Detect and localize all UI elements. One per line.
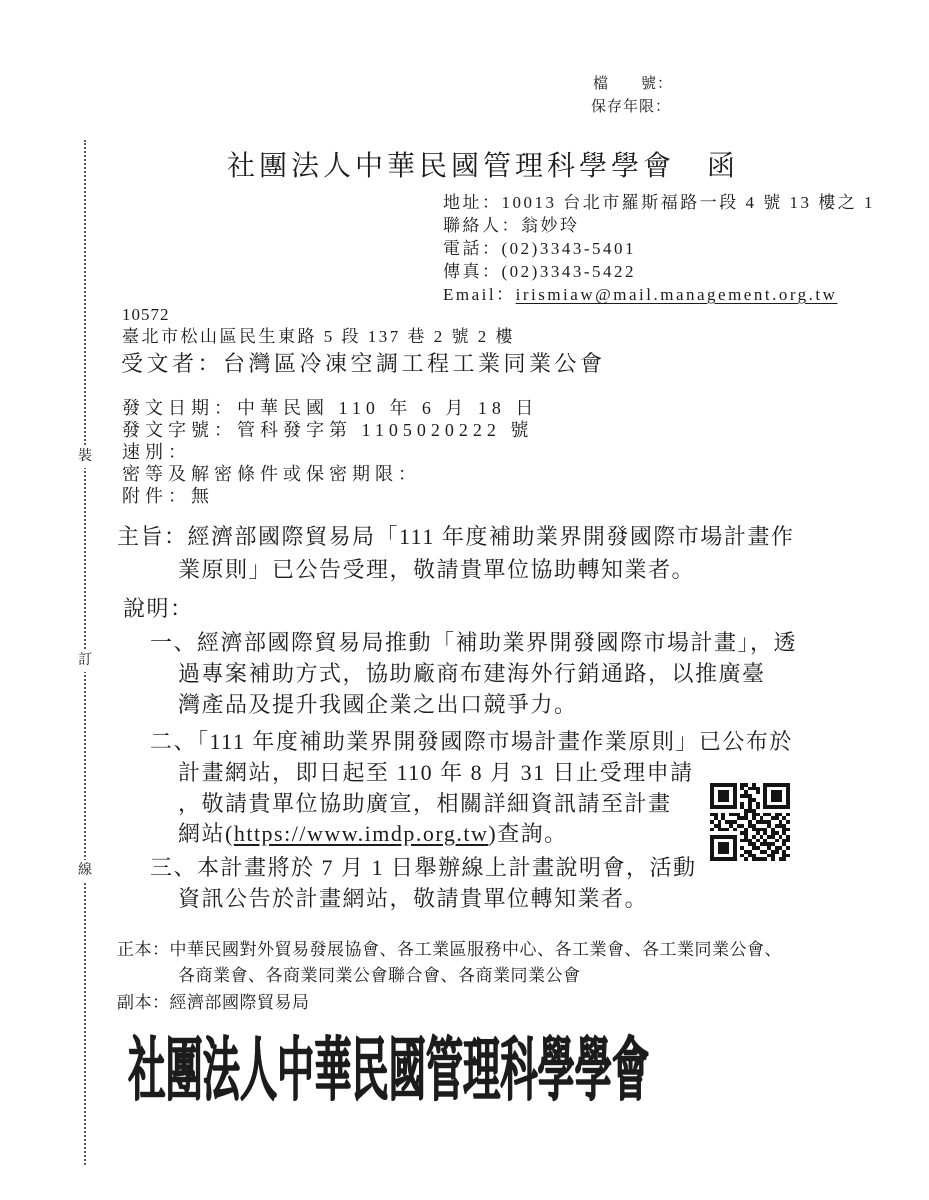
sender-email-address: irismiaw@mail.management.org.tw	[516, 285, 838, 304]
issue-date-line: 發文日期：中華民國 110 年 6 月 18 日	[122, 399, 538, 419]
explanation-item2-line2: 計畫網站，即日起至 110 年 8 月 31 日止受理申請	[178, 761, 694, 785]
sender-address-line: 地址：10013 台北市羅斯福路一段 4 號 13 樓之 1	[443, 194, 875, 213]
explanation-item1-line1: 一、經濟部國際貿易局推動「補助業界開發國際市場計畫」，透	[150, 631, 797, 655]
subject-line-2: 業原則」已公告受理，敬請貴單位協助轉知業者。	[178, 558, 695, 582]
binding-mark-zhuang: 裝	[76, 446, 94, 468]
attachment-line: 附件：無	[122, 487, 214, 507]
website-url: https://www.imdp.org.tw	[234, 821, 489, 846]
sender-fax-line: 傳真：(02)3343-5422	[443, 263, 636, 282]
doc-number-line: 發文字號：管科發字第 1105020222 號	[122, 421, 533, 441]
binding-mark-xian: 線	[76, 860, 94, 882]
explanation-item2-line4: 網站(https://www.imdp.org.tw)查詢。	[178, 822, 568, 846]
sender-email-label: Email：	[443, 285, 516, 304]
carbon-copy-line: 副本：經濟部國際貿易局	[117, 994, 310, 1013]
website-suffix: )查詢。	[488, 821, 567, 846]
sender-contact-line: 聯絡人：翁妙玲	[443, 217, 580, 236]
sender-phone-line: 電話：(02)3343-5401	[443, 240, 636, 259]
speed-class-line: 速別：	[122, 443, 191, 463]
retention-period-label: 保存年限：	[591, 99, 671, 116]
recipient-zip: 10572	[122, 306, 170, 325]
secrecy-line: 密等及解密條件或保密期限：	[122, 465, 421, 485]
subject-line-1: 主旨：經濟部國際貿易局「111 年度補助業界開發國際市場計畫作	[117, 525, 794, 549]
original-copy-line-2: 各商業會、各商業同業公會聯合會、各商業同業公會	[178, 967, 581, 986]
explanation-item2-line3: ，敬請貴單位協助廣宣，相關詳細資訊請至計畫	[178, 792, 672, 816]
explanation-item1-line3: 灣產品及提升我國企業之出口競爭力。	[178, 693, 578, 717]
scanned-letter-page: 裝 訂 線 檔 號： 保存年限： 社團法人中華民國管理科學學會 函 地址：100…	[0, 0, 929, 1200]
explanation-item1-line2: 過專案補助方式，協助廠商布建海外行銷通路，以推廣臺	[178, 662, 766, 686]
sender-email-line: Email：irismiaw@mail.management.org.tw	[443, 286, 837, 305]
letter-title: 社團法人中華民國管理科學學會 函	[227, 152, 739, 183]
original-copy-line-1: 正本：中華民國對外貿易發展協會、各工業區服務中心、各工業會、各工業同業公會、	[117, 941, 782, 960]
explanation-item3-line1: 三、本計畫將於 7 月 1 日舉辦線上計畫說明會，活動	[150, 856, 697, 880]
website-prefix: 網站(	[178, 821, 234, 846]
file-number-label: 檔 號：	[593, 76, 673, 93]
explanation-item3-line2: 資訊公告於計畫網站，敬請貴單位轉知業者。	[178, 887, 648, 911]
qr-code	[710, 783, 790, 861]
recipient-name-line: 受文者：台灣區冷凍空調工程工業同業公會	[121, 352, 606, 376]
explanation-heading: 說明：	[123, 597, 194, 621]
organization-stamp: 社團法人中華民國管理科學學會	[128, 1032, 649, 1108]
explanation-item2-line1: 二、「111 年度補助業界開發國際市場計畫作業原則」已公布於	[150, 730, 793, 754]
binding-mark-ding: 訂	[76, 650, 94, 672]
recipient-address-line: 臺北市松山區民生東路 5 段 137 巷 2 號 2 樓	[122, 328, 515, 347]
